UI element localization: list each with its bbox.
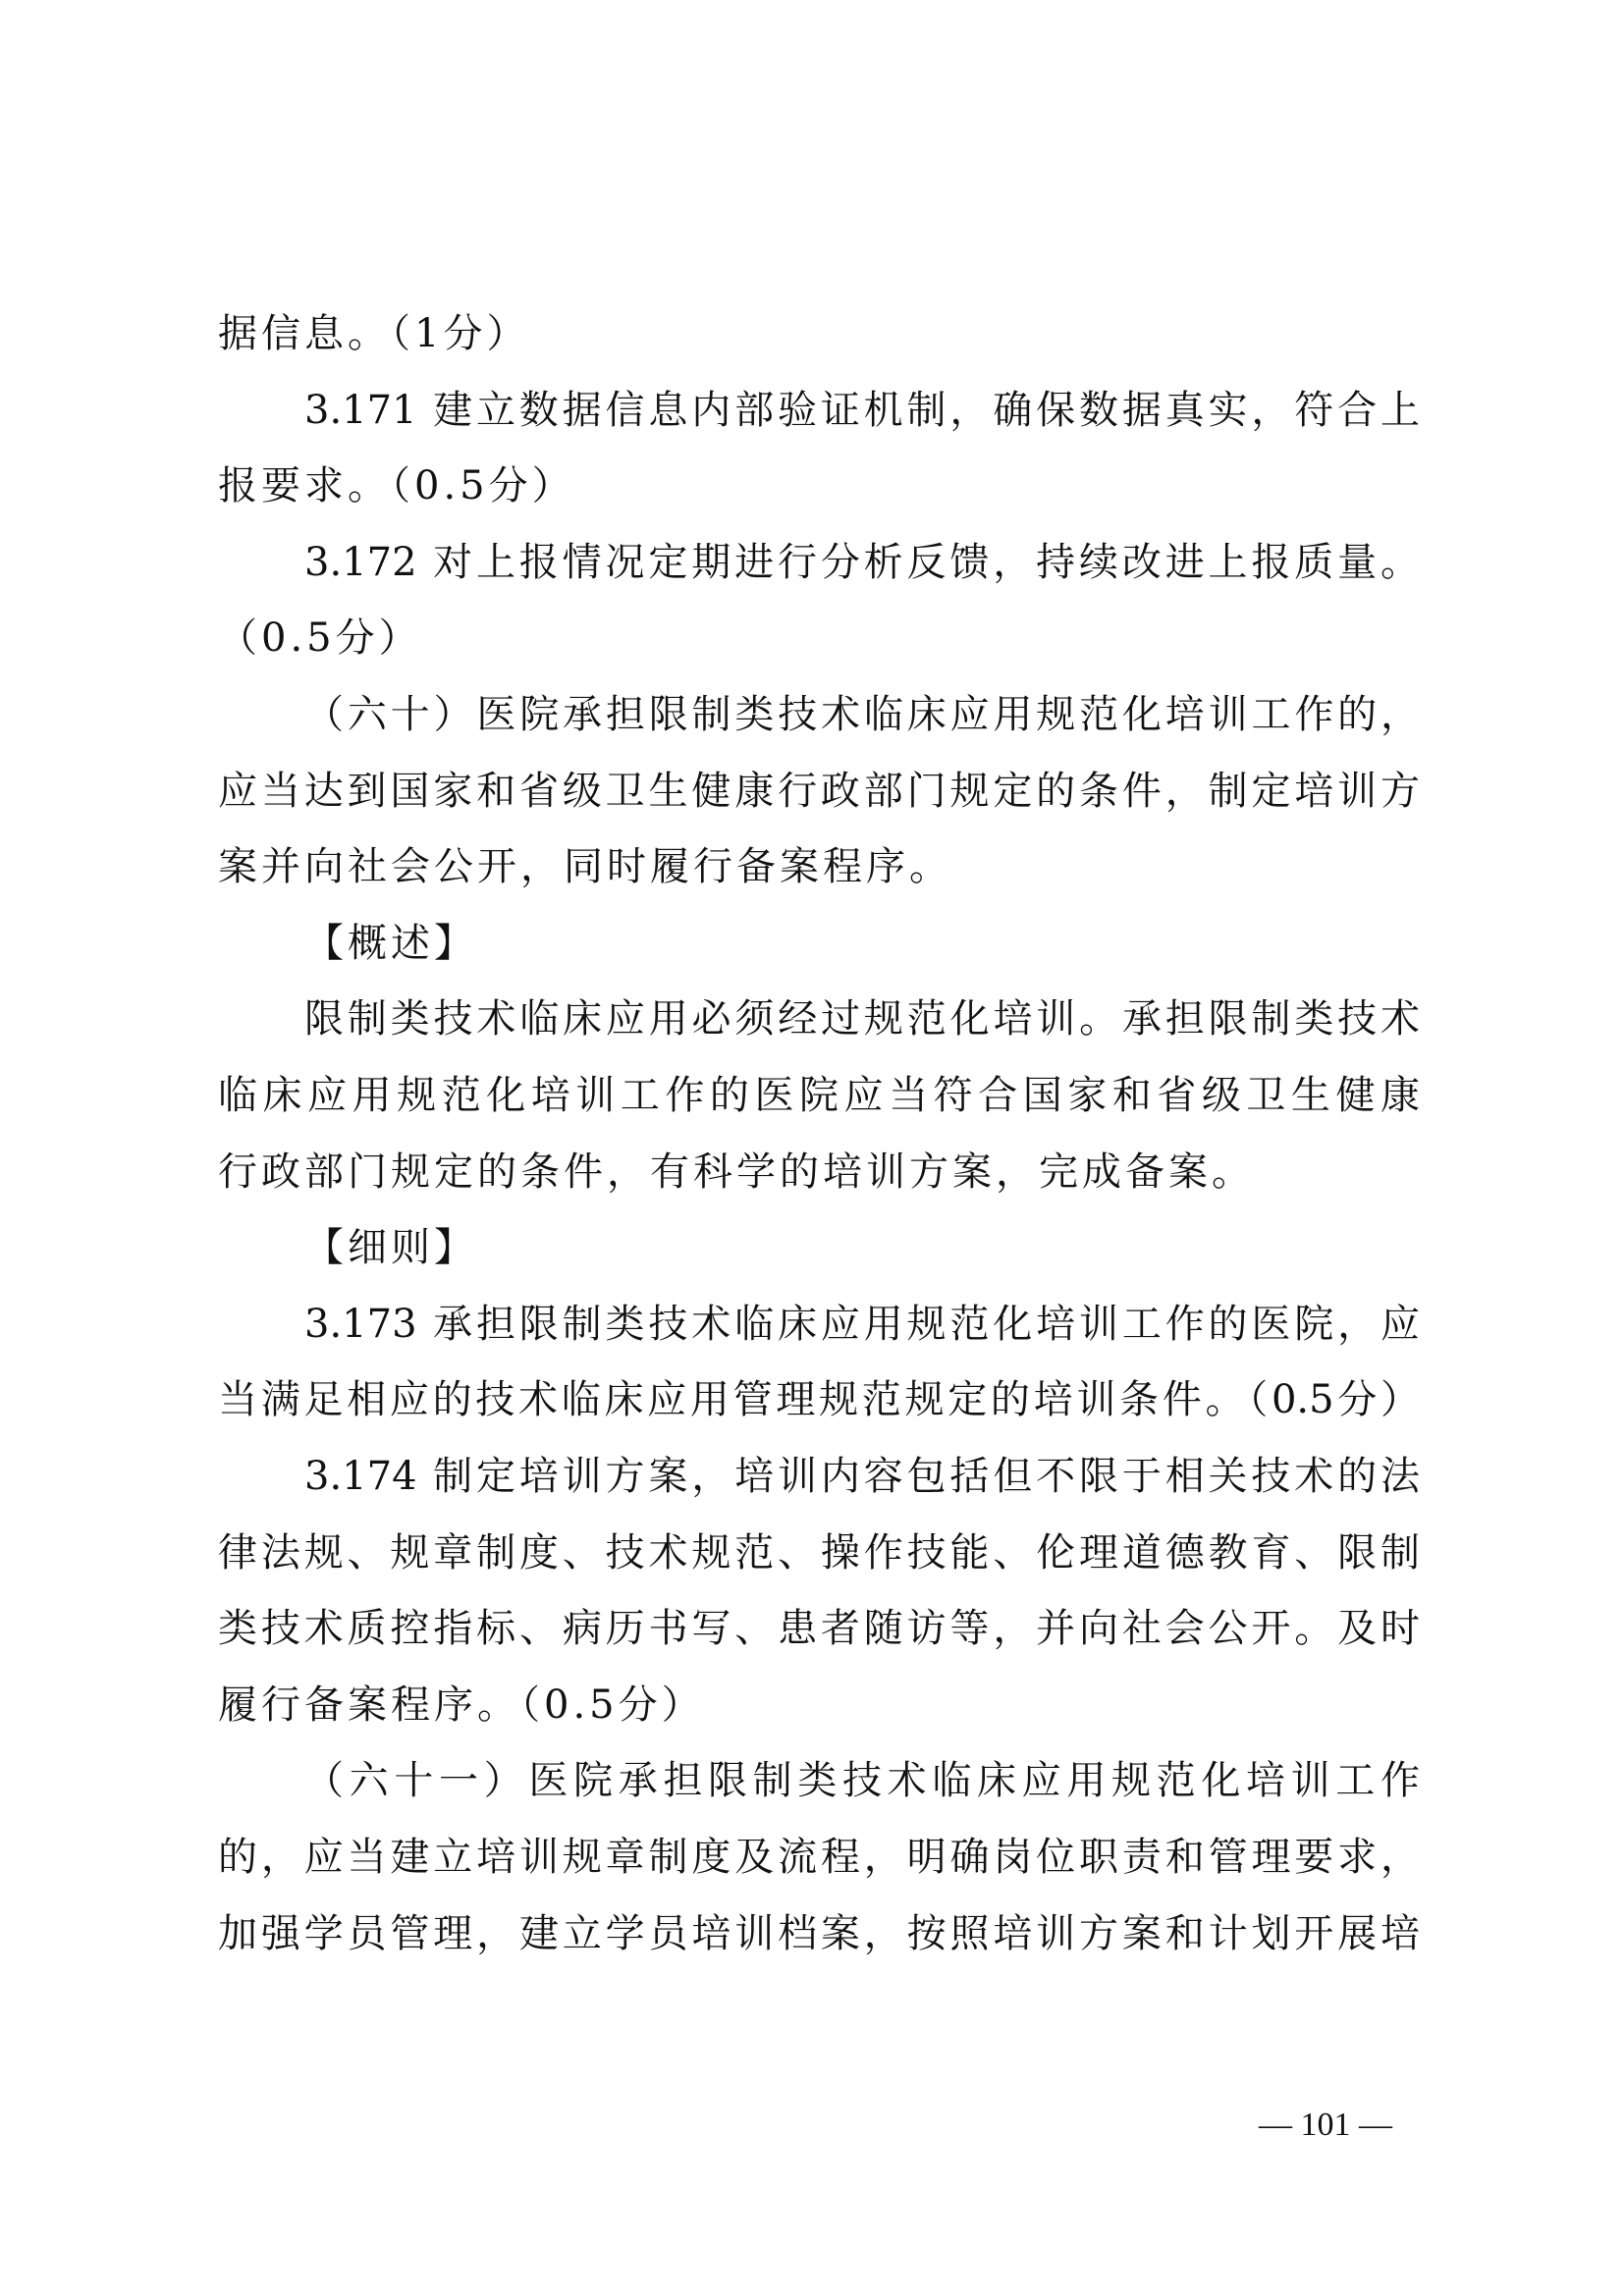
rules-heading: 【细则】 [304,1218,1420,1277]
text-line-item-3-174-cont-1: 律法规、规章制度、技术规范、操作技能、伦理道德教育、限制 [218,1523,1420,1582]
overview-line-2: 临床应用规范化培训工作的医院应当符合国家和省级卫生健康 [218,1066,1420,1125]
text-line-item-3-174-score: 履行备案程序。（0.5分） [218,1676,1420,1735]
section-60-line-2: 应当达到国家和省级卫生健康行政部门规定的条件，制定培训方 [218,762,1420,821]
section-heading-60: （六十）医院承担限制类技术临床应用规范化培训工作的， [304,685,1420,744]
text-line-item-3-171-score: 报要求。（0.5分） [218,456,1420,515]
page-number: — 101 — [1218,2101,1434,2150]
text-line-item-3-173-cont: 当满足相应的技术临床应用管理规范规定的培训条件。（0.5分） [218,1370,1420,1429]
section-61-line-2: 的，应当建立培训规章制度及流程，明确岗位职责和管理要求， [218,1828,1420,1887]
overview-line-3: 行政部门规定的条件，有科学的培训方案，完成备案。 [218,1143,1420,1201]
text-line-item-3-172-score: （0.5分） [218,609,1420,667]
text-line-item-3-174-cont-2: 类技术质控指标、病历书写、患者随访等，并向社会公开。及时 [218,1599,1420,1658]
text-line-item-3-174: 3.174 制定培训方案，培训内容包括但不限于相关技术的法 [304,1447,1420,1506]
overview-heading: 【概述】 [304,914,1420,973]
section-61-line-3: 加强学员管理，建立学员培训档案，按照培训方案和计划开展培 [218,1904,1420,1963]
section-heading-61: （六十一）医院承担限制类技术临床应用规范化培训工作 [304,1751,1420,1810]
document-page: 据信息。（1分） 3.171 建立数据信息内部验证机制，确保数据真实，符合上 报… [0,0,1624,2296]
overview-line-1: 限制类技术临床应用必须经过规范化培训。承担限制类技术 [304,989,1420,1048]
section-60-line-3: 案并向社会公开，同时履行备案程序。 [218,837,1420,896]
text-line-item-3-172: 3.172 对上报情况定期进行分析反馈，持续改进上报质量。 [304,533,1420,592]
text-line-continuation-score: 据信息。（1分） [218,304,1420,363]
text-line-item-3-171: 3.171 建立数据信息内部验证机制，确保数据真实，符合上 [304,381,1420,440]
text-line-item-3-173: 3.173 承担限制类技术临床应用规范化培训工作的医院，应 [304,1295,1420,1354]
